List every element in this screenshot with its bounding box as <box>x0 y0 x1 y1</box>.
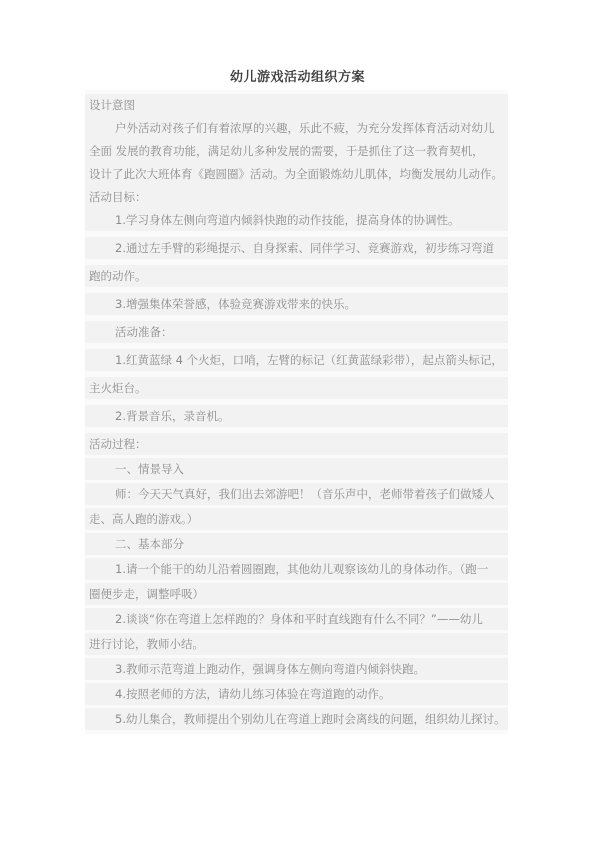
text-line: 3.教师示范弯道上跑动作，强调身体左侧向弯道内倾斜快跑。 <box>85 658 508 680</box>
text-line: 一、情景导入 <box>85 458 508 480</box>
document-page: 幼儿游戏活动组织方案 设计意图户外活动对孩子们有着浓厚的兴趣，乐此不疲，为充分发… <box>0 0 595 842</box>
text-line: 走、高人跑的游戏。） <box>85 508 508 530</box>
text-line: 3.增强集体荣誉感，体验竞赛游戏带来的快乐。 <box>85 293 508 315</box>
document-body-block: 设计意图户外活动对孩子们有着浓厚的兴趣，乐此不疲，为充分发挥体育活动对幼儿全面 … <box>85 90 508 734</box>
text-line: 4.按照老师的方法，请幼儿练习体验在弯道跑的动作。 <box>85 683 508 705</box>
text-line: 5.幼儿集合，教师提出个别幼儿在弯道上跑时会离线的问题，组织幼儿探讨。 <box>85 708 508 730</box>
text-line: 2.谈谈“你在弯道上怎样跑的？身体和平时直线跑有什么不同？”——幼儿 <box>85 608 508 630</box>
text-line: 1.红黄蓝绿 4 个火炬，口哨，左臂的标记（红黄蓝绿彩带），起点箭头标记， <box>85 349 508 371</box>
document-title: 幼儿游戏活动组织方案 <box>0 66 595 85</box>
text-line: 活动目标： <box>85 186 508 209</box>
text-line: 户外活动对孩子们有着浓厚的兴趣，乐此不疲，为充分发挥体育活动对幼儿 <box>85 117 508 140</box>
text-line: 1.学习身体左侧向弯道内倾斜快跑的动作技能，提高身体的协调性。 <box>85 209 508 231</box>
text-line: 1.请一个能干的幼儿沿着圆圈跑，其他幼儿观察该幼儿的身体动作。（跑一 <box>85 558 508 580</box>
text-line: 二、基本部分 <box>85 533 508 555</box>
text-line: 设计了此次大班体育《跑圆圈》活动。为全面锻炼幼儿肌体，均衡发展幼儿动作。 <box>85 163 508 186</box>
text-line: 设计意图 <box>85 94 508 117</box>
text-line: 活动过程： <box>85 433 508 455</box>
text-line: 跑的动作。 <box>85 265 508 287</box>
text-line: 2.通过左手臂的彩绳提示、自身探索、同伴学习、竞赛游戏，初步练习弯道 <box>85 237 508 259</box>
text-line: 活动准备： <box>85 321 508 343</box>
text-line: 主火炬台。 <box>85 377 508 399</box>
text-line: 2.背景音乐，录音机。 <box>85 405 508 427</box>
text-line: 师：今天天气真好，我们出去郊游吧！（音乐声中，老师带着孩子们做矮人 <box>85 483 508 505</box>
text-line: 圈便步走，调整呼吸） <box>85 583 508 605</box>
text-line: 全面 发展的教育功能，满足幼儿多种发展的需要，于是抓住了这一教育契机， <box>85 140 508 163</box>
text-line: 进行讨论，教师小结。 <box>85 633 508 655</box>
